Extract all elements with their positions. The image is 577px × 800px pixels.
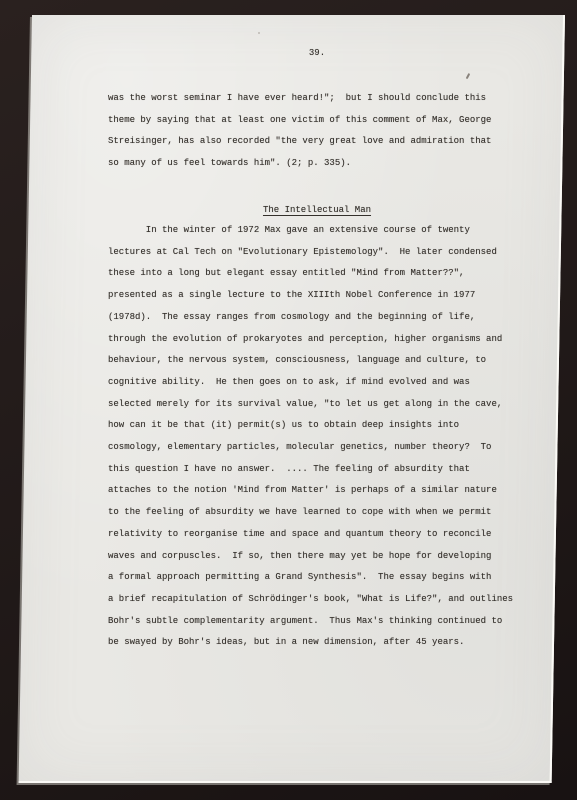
section-heading: The Intellectual Man <box>108 200 518 222</box>
page-number: 39. <box>108 43 518 65</box>
section-paragraph: In the winter of 1972 Max gave an extens… <box>108 220 513 654</box>
intro-paragraph: was the worst seminar I have ever heard!… <box>108 88 491 175</box>
scan-speck <box>149 622 151 624</box>
scan-speck <box>258 32 260 34</box>
scan-background: 39. was the worst seminar I have ever he… <box>0 0 577 800</box>
scan-speck <box>466 73 470 79</box>
page-content: 39. was the worst seminar I have ever he… <box>0 0 577 800</box>
